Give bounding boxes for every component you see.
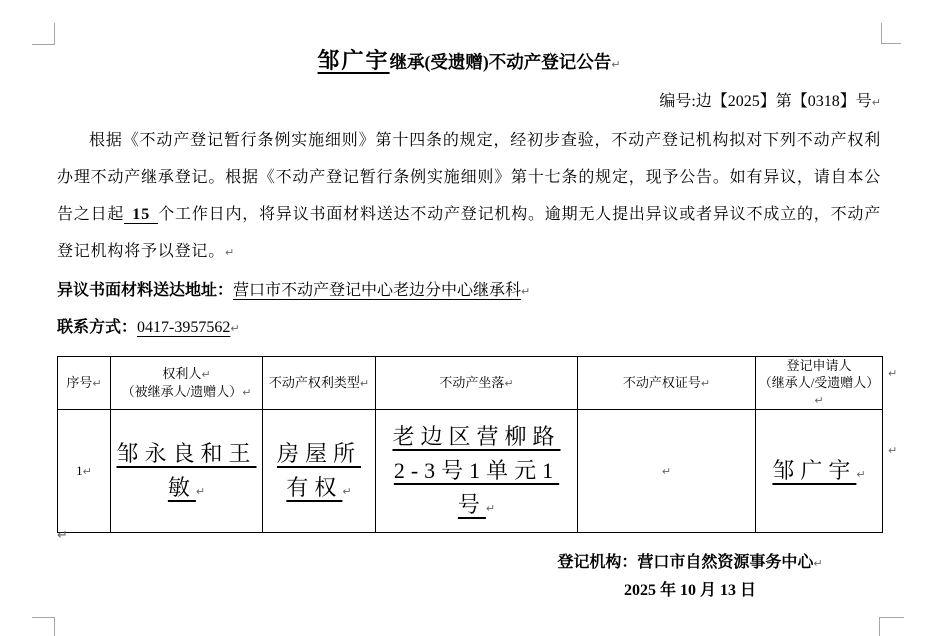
address-value: 营口市不动产登记中心老边分中心继承科	[233, 282, 521, 299]
paragraph-mark-icon: ↵	[872, 96, 881, 109]
header-right-type: 不动产权利类型↵	[263, 357, 376, 410]
paragraph-mark-icon: ↵	[92, 377, 101, 390]
address-label: 异议书面材料送达地址：	[57, 282, 233, 299]
paragraph-mark-icon: ↵	[814, 394, 823, 407]
title-suffix: 继承(受遗赠)不动产登记公告	[390, 52, 612, 72]
property-table: 序号↵ 权利人↵ （被继承人/遗赠人）↵ 不动产权利类型↵ 不动产坐落↵ 不动产…	[57, 356, 883, 533]
paragraph-mark-icon: ↵	[360, 377, 369, 390]
text-boundary-corner-top-right	[881, 23, 901, 44]
registration-agency-line: 登记机构：营口市自然资源事务中心↵	[535, 549, 845, 577]
page-title: 邹广宇继承(受遗赠)不动产登记公告↵	[57, 44, 881, 75]
cell-right-type: 房屋所 有权↵	[263, 410, 376, 533]
table-row: 1↵ 邹永良和王 敏↵ 房屋所 有权↵ 老边区营柳路 2-3号1单元1 号↵ ↵…	[58, 410, 883, 533]
doc-number: 编号:边【2025】第【0318】号	[659, 93, 871, 110]
word-document-page: 邹广宇继承(受遗赠)不动产登记公告↵ 编号:边【2025】第【0318】号↵ 根…	[0, 0, 946, 636]
text-boundary-corner-bottom-left	[32, 617, 55, 636]
paragraph-mark-icon: ↵	[342, 485, 351, 498]
cell-applicant: 邹广宇↵	[756, 410, 883, 533]
paragraph-mark-icon: ↵	[486, 502, 495, 515]
paragraph-mark-icon: ↵	[701, 377, 710, 390]
table-header-row: 序号↵ 权利人↵ （被继承人/遗赠人）↵ 不动产权利类型↵ 不动产坐落↵ 不动产…	[58, 357, 883, 410]
notice-body-paragraph: 根据《不动产登记暂行条例实施细则》第十四条的规定，经初步查验，不动产登记机构拟对…	[57, 122, 881, 271]
empty-paragraph-mark-icon: ↵	[57, 528, 68, 543]
paragraph-mark-icon: ↵	[230, 322, 239, 335]
body-text-tail: 个工作日内，将异议书面材料送达不动产登记机构。逾期无人提出异议或者异议不成立的，…	[57, 206, 881, 260]
paragraph-mark-icon: ↵	[813, 557, 822, 570]
paragraph-mark-icon: ↵	[521, 285, 530, 298]
end-of-row-mark-icon: ↵	[888, 444, 897, 457]
footer: 登记机构：营口市自然资源事务中心↵ 2025 年 10 月 13 日	[535, 549, 845, 604]
header-applicant: 登记申请人 （继承人/受遗赠人）↵	[756, 357, 883, 410]
text-boundary-corner-bottom-right	[879, 617, 904, 636]
header-cert-no: 不动产权证号↵	[578, 357, 756, 410]
doc-number-line: 编号:边【2025】第【0318】号↵	[57, 88, 881, 111]
paragraph-mark-icon: ↵	[83, 465, 92, 478]
header-location: 不动产坐落↵	[376, 357, 578, 410]
objection-days-value: 15	[124, 206, 158, 224]
paragraph-mark-icon: ↵	[611, 58, 620, 71]
contact-phone-value: 0417-3957562	[137, 319, 230, 336]
header-owner: 权利人↵ （被继承人/遗赠人）↵	[111, 357, 263, 410]
cell-owner: 邹永良和王 敏↵	[111, 410, 263, 533]
paragraph-mark-icon: ↵	[856, 468, 865, 481]
paragraph-mark-icon: ↵	[201, 368, 210, 381]
contact-line: 联系方式：0417-3957562↵	[57, 314, 881, 337]
cell-seq: 1↵	[58, 410, 111, 533]
property-table-wrapper: 序号↵ 权利人↵ （被继承人/遗赠人）↵ 不动产权利类型↵ 不动产坐落↵ 不动产…	[57, 356, 884, 533]
paragraph-mark-icon: ↵	[196, 485, 205, 498]
end-of-row-mark-icon: ↵	[888, 367, 897, 380]
contact-label: 联系方式：	[57, 319, 137, 336]
title-heir-name: 邹广宇	[318, 48, 390, 73]
objection-address-line: 异议书面材料送达地址：营口市不动产登记中心老边分中心继承科↵	[57, 277, 881, 300]
cell-cert-no: ↵	[578, 410, 756, 533]
header-seq: 序号↵	[58, 357, 111, 410]
text-boundary-corner-top-left	[32, 23, 55, 45]
paragraph-mark-icon: ↵	[504, 377, 513, 390]
cell-location: 老边区营柳路 2-3号1单元1 号↵	[376, 410, 578, 533]
paragraph-mark-icon: ↵	[662, 465, 671, 478]
notice-date: 2025 年 10 月 13 日	[535, 577, 845, 604]
paragraph-mark-icon: ↵	[225, 246, 234, 259]
paragraph-mark-icon: ↵	[242, 386, 251, 399]
